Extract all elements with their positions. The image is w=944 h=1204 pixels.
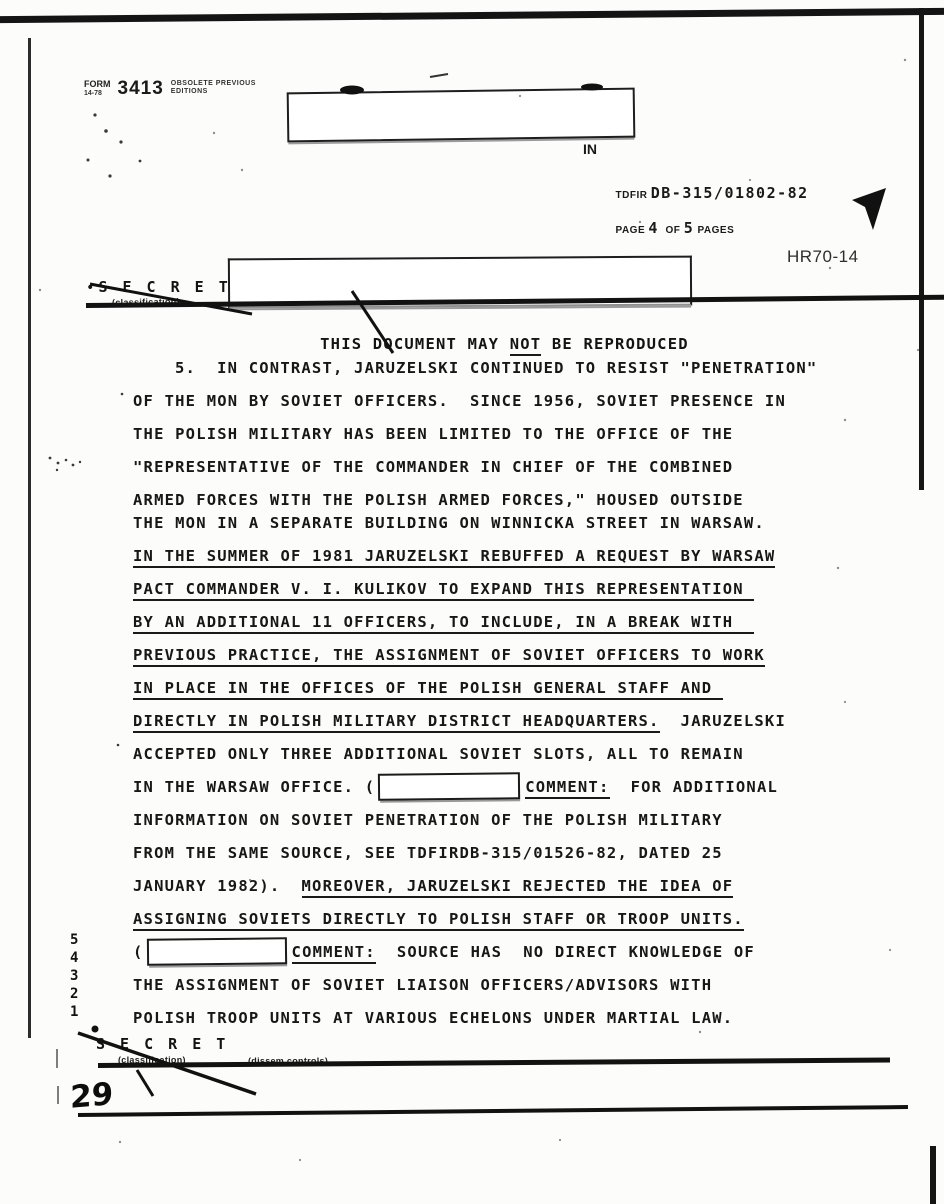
form-number: 3413 <box>118 78 164 100</box>
body-line: DIRECTLY IN POLISH MILITARY DISTRICT HEA… <box>133 705 853 738</box>
secret-word-bottom: S E C R E T <box>96 1035 228 1053</box>
body-line: (COMMENT: SOURCE HAS NO DIRECT KNOWLEDGE… <box>133 936 853 969</box>
page-number: 4 <box>648 219 659 237</box>
body-line: 5. IN CONTRAST, JARUZELSKI CONTINUED TO … <box>133 352 853 385</box>
body-text-segment: THE ASSIGNMENT OF SOVIET LIAISON OFFICER… <box>133 976 712 994</box>
inline-redaction-box <box>146 937 286 965</box>
pen-dot-bottom <box>92 1026 99 1033</box>
body-text-segment: ASSIGNING SOVIETS DIRECTLY TO POLISH STA… <box>133 910 744 931</box>
body-text-segment: MOREOVER, JARUZELSKI REJECTED THE IDEA O… <box>302 877 734 898</box>
body-text-segment: IN THE WARSAW OFFICE. ( <box>133 778 375 796</box>
body-text-segment: JANUARY 1982). <box>133 877 302 895</box>
body-text-segment: IN THE SUMMER OF 1981 JARUZELSKI REBUFFE… <box>133 547 775 568</box>
form-note-line2: EDITIONS <box>171 88 256 96</box>
body-line: INFORMATION ON SOVIET PENETRATION OF THE… <box>133 804 853 837</box>
body-text-segment: PACT COMMANDER V. I. KULIKOV TO EXPAND T… <box>133 580 754 601</box>
page-word: PAGE <box>616 225 649 236</box>
margin-line-numbers: 54321 <box>70 931 78 1021</box>
scan-border-left <box>28 38 31 1038</box>
pages-word: PAGES <box>694 225 734 236</box>
body-text-segment: ( <box>133 943 144 961</box>
bullet-mark: • <box>86 280 94 296</box>
scanned-document-page: FORM 14-78 3413 OBSOLETE PREVIOUS EDITIO… <box>0 0 944 1204</box>
body-text-segment: FROM THE SAME SOURCE, SEE TDFIRDB-315/01… <box>133 844 723 862</box>
redaction-box-header <box>287 88 636 143</box>
form-note: OBSOLETE PREVIOUS EDITIONS <box>171 80 256 96</box>
margin-number: 4 <box>70 949 78 967</box>
body-text-segment: DIRECTLY IN POLISH MILITARY DISTRICT HEA… <box>133 712 660 733</box>
body-line: FROM THE SAME SOURCE, SEE TDFIRDB-315/01… <box>133 837 853 870</box>
of-word: OF <box>659 225 684 236</box>
body-text-segment: "REPRESENTATIVE OF THE COMMANDER IN CHIE… <box>133 458 733 476</box>
body-line: ACCEPTED ONLY THREE ADDITIONAL SOVIET SL… <box>133 738 853 771</box>
body-text-segment: ACCEPTED ONLY THREE ADDITIONAL SOVIET SL… <box>133 745 744 763</box>
page-total: 5 <box>684 219 695 237</box>
body-text-segment: COMMENT: <box>525 778 609 799</box>
form-label-column: FORM 14-78 <box>84 80 111 98</box>
margin-number: 1 <box>70 1003 78 1021</box>
body-line: "REPRESENTATIVE OF THE COMMANDER IN CHIE… <box>133 451 853 484</box>
body-line: THE ASSIGNMENT OF SOVIET LIAISON OFFICER… <box>133 969 853 1002</box>
body-line: IN THE SUMMER OF 1981 JARUZELSKI REBUFFE… <box>133 540 853 573</box>
form-note-line1: OBSOLETE PREVIOUS <box>171 80 256 88</box>
body-line: BY AN ADDITIONAL 11 OFFICERS, TO INCLUDE… <box>133 606 853 639</box>
handwritten-page-number: 29 <box>70 1076 113 1116</box>
document-body: 5. IN CONTRAST, JARUZELSKI CONTINUED TO … <box>133 352 853 1035</box>
margin-number: 3 <box>70 967 78 985</box>
body-text-segment: IN PLACE IN THE OFFICES OF THE POLISH GE… <box>133 679 723 700</box>
margin-number: 5 <box>70 931 78 949</box>
notice-pre: THIS DOCUMENT MAY <box>320 335 510 353</box>
body-line: THE MON IN A SEPARATE BUILDING ON WINNIC… <box>133 507 853 540</box>
dust-speckles <box>49 113 142 746</box>
body-text-segment: THE POLISH MILITARY HAS BEEN LIMITED TO … <box>133 425 733 443</box>
form-number-block: FORM 14-78 3413 OBSOLETE PREVIOUS EDITIO… <box>84 80 256 100</box>
form-label: FORM <box>84 80 111 89</box>
body-line: POLISH TROOP UNITS AT VARIOUS ECHELONS U… <box>133 1002 853 1035</box>
pen-tick-bottom <box>137 1070 153 1096</box>
horizontal-rule-bottom <box>78 1105 908 1117</box>
pen-dash-top <box>430 74 448 77</box>
body-line: THE POLISH MILITARY HAS BEEN LIMITED TO … <box>133 418 853 451</box>
body-text-segment: 5. IN CONTRAST, JARUZELSKI CONTINUED TO … <box>175 359 817 377</box>
body-text-segment: POLISH TROOP UNITS AT VARIOUS ECHELONS U… <box>133 1009 733 1027</box>
in-label: IN <box>583 141 597 157</box>
classification-top: •S E C R E T <box>86 277 231 296</box>
scan-border-right <box>919 8 924 490</box>
pen-checkmark-icon <box>852 188 886 230</box>
horizontal-rule-footer <box>98 1057 890 1068</box>
body-line: IN THE WARSAW OFFICE. (COMMENT: FOR ADDI… <box>133 771 853 804</box>
body-line: JANUARY 1982). MOREOVER, JARUZELSKI REJE… <box>133 870 853 903</box>
body-text-segment: BY AN ADDITIONAL 11 OFFICERS, TO INCLUDE… <box>133 613 754 634</box>
secret-word-top: S E C R E T <box>98 278 230 296</box>
body-text-segment: JARUZELSKI <box>660 712 786 730</box>
page-count-line: PAGE 4 OF 5 PAGES <box>577 199 734 256</box>
scan-border-right-bottom <box>930 1146 936 1204</box>
body-text-segment: PREVIOUS PRACTICE, THE ASSIGNMENT OF SOV… <box>133 646 765 667</box>
body-text-segment: FOR ADDITIONAL <box>610 778 779 796</box>
hr-release-stamp: HR70-14 <box>787 247 859 267</box>
body-text-segment: COMMENT: <box>292 943 376 964</box>
body-text-segment: INFORMATION ON SOVIET PENETRATION OF THE… <box>133 811 723 829</box>
margin-number: 2 <box>70 985 78 1003</box>
notice-post: BE REPRODUCED <box>541 335 688 353</box>
scan-border-top <box>0 8 944 23</box>
body-line: OF THE MON BY SOVIET OFFICERS. SINCE 195… <box>133 385 853 418</box>
form-date: 14-78 <box>84 89 111 98</box>
body-line: ASSIGNING SOVIETS DIRECTLY TO POLISH STA… <box>133 903 853 936</box>
body-line: PREVIOUS PRACTICE, THE ASSIGNMENT OF SOV… <box>133 639 853 672</box>
body-text-segment: THE MON IN A SEPARATE BUILDING ON WINNIC… <box>133 514 765 532</box>
body-line: IN PLACE IN THE OFFICES OF THE POLISH GE… <box>133 672 853 705</box>
body-text-segment: SOURCE HAS NO DIRECT KNOWLEDGE OF <box>376 943 755 961</box>
inline-redaction-box <box>378 772 520 800</box>
body-text-segment: OF THE MON BY SOVIET OFFICERS. SINCE 195… <box>133 392 786 410</box>
classification-bottom: S E C R E T <box>96 1034 228 1053</box>
body-line: PACT COMMANDER V. I. KULIKOV TO EXPAND T… <box>133 573 853 606</box>
